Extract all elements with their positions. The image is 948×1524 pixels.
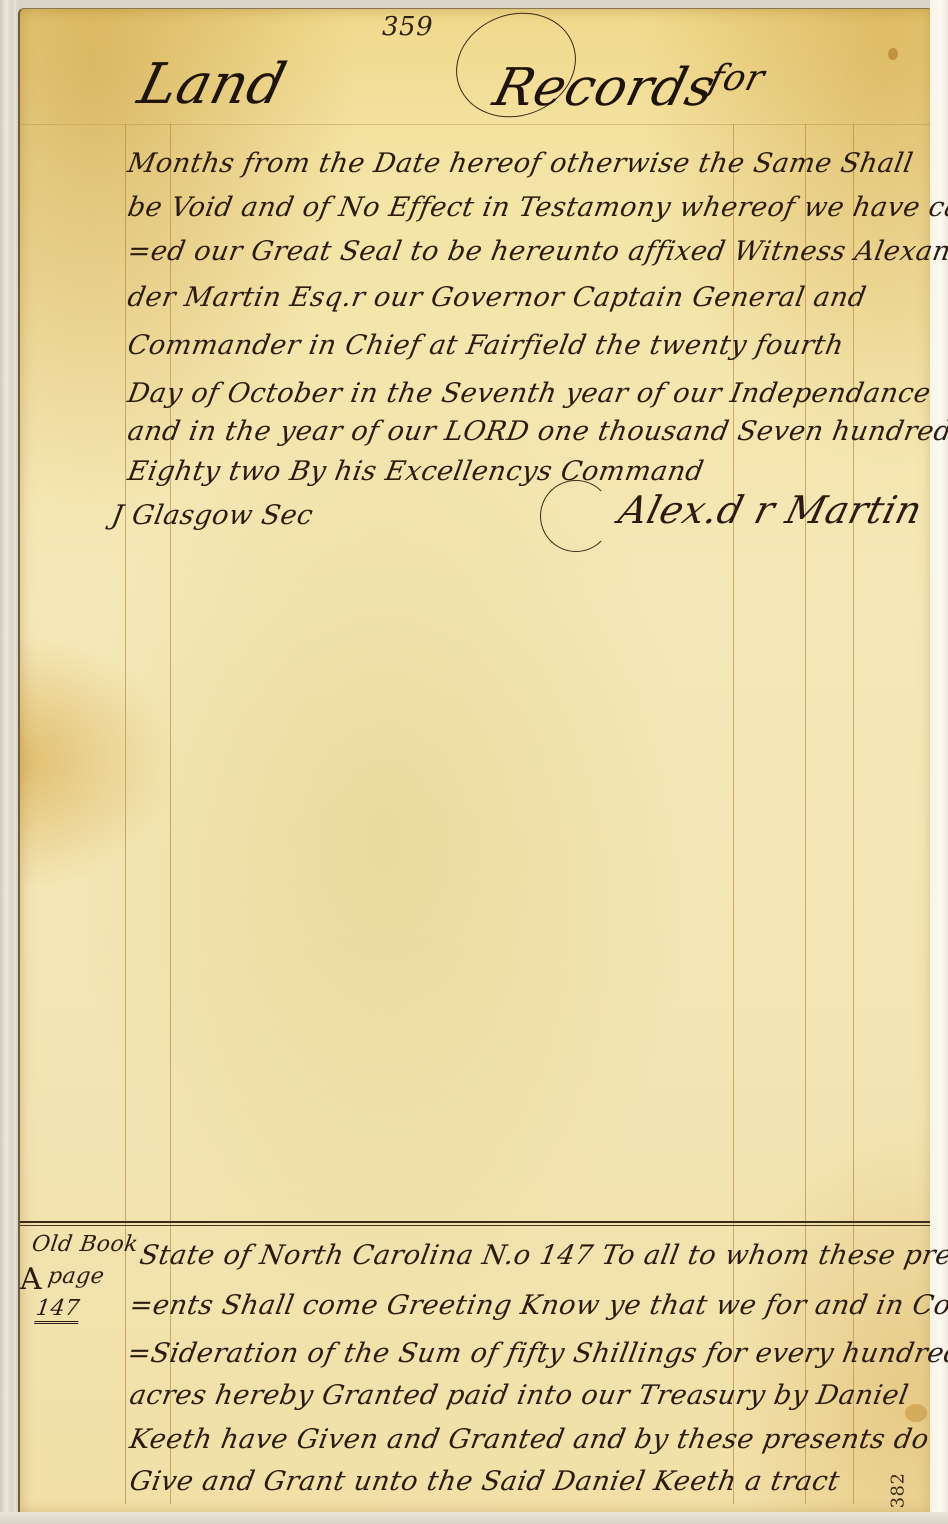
entry-divider bbox=[20, 1221, 930, 1226]
ink-stain bbox=[888, 48, 898, 60]
header-rule bbox=[18, 124, 930, 125]
heading-for: for bbox=[705, 58, 769, 99]
text-line: acres hereby Granted paid into our Treas… bbox=[127, 1380, 911, 1411]
text-line: der Martin Esq.r our Governor Captain Ge… bbox=[125, 282, 868, 313]
secretary-signature: J Glasgow Sec bbox=[109, 500, 315, 531]
page-edge-bottom bbox=[0, 1512, 948, 1524]
text-line: State of North Carolina N.o 147 To all t… bbox=[137, 1240, 948, 1271]
text-line: be Void and of No Effect in Testamony wh… bbox=[125, 192, 948, 223]
margin-note-page-number: 147 bbox=[34, 1296, 81, 1324]
text-line: Give and Grant unto the Said Daniel Keet… bbox=[127, 1466, 842, 1497]
text-line: Months from the Date hereof otherwise th… bbox=[125, 148, 915, 179]
margin-note-old-book: Old Book bbox=[30, 1232, 140, 1257]
text-line: Eighty two By his Excellencys Command bbox=[125, 456, 706, 487]
heading-records: Records bbox=[488, 58, 722, 118]
margin-rule bbox=[125, 124, 126, 1504]
ledger-page bbox=[18, 8, 932, 1514]
margin-note-page-label: page bbox=[46, 1264, 106, 1289]
text-line: Day of October in the Seventh year of ou… bbox=[125, 378, 933, 409]
folio-number: 359 bbox=[382, 12, 433, 42]
text-line: =Sideration of the Sum of fifty Shilling… bbox=[125, 1338, 948, 1369]
text-line: =ents Shall come Greeting Know ye that w… bbox=[127, 1290, 948, 1321]
page-stamp-number: 382 bbox=[887, 1473, 908, 1509]
text-line: Commander in Chief at Fairfield the twen… bbox=[125, 330, 846, 361]
text-line: =ed our Great Seal to be hereunto affixe… bbox=[125, 236, 948, 267]
margin-note-book-letter: A bbox=[20, 1262, 42, 1297]
text-line: Keeth have Given and Granted and by thes… bbox=[127, 1424, 931, 1455]
governor-signature: Alex.d r Martin bbox=[615, 488, 927, 532]
signature-flourish bbox=[540, 480, 612, 552]
heading-land: Land bbox=[132, 52, 293, 117]
water-stain bbox=[905, 1404, 927, 1422]
text-line: and in the year of our LORD one thousand… bbox=[125, 416, 948, 447]
